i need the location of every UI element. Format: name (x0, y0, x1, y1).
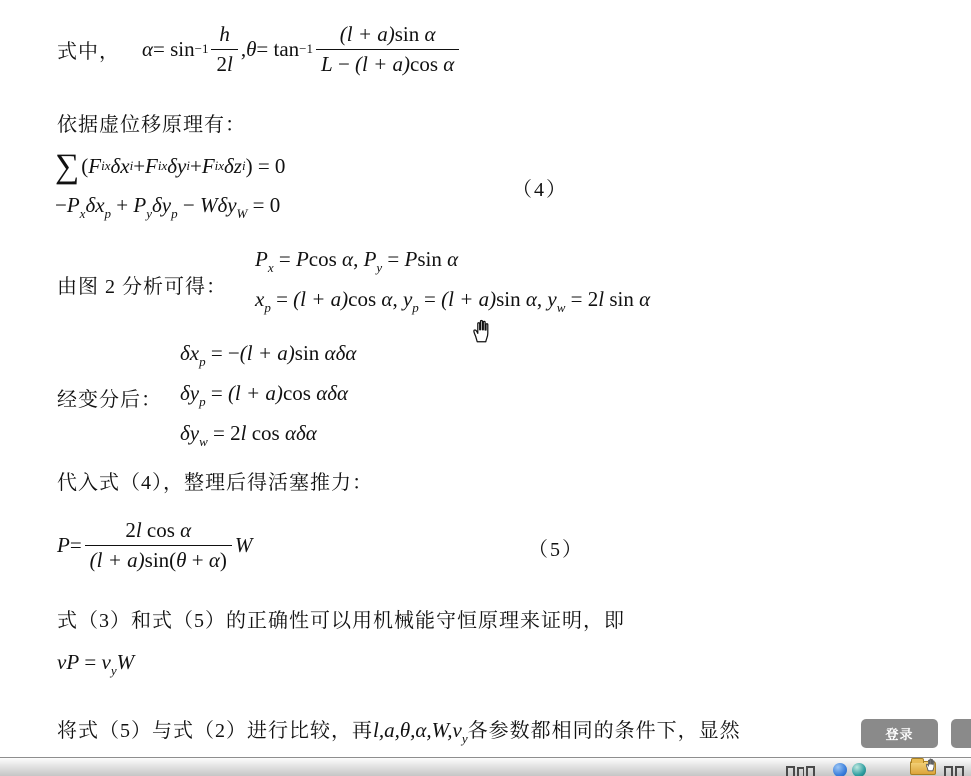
hand-glyph (923, 757, 938, 772)
math-var: W (235, 533, 253, 558)
paragraph-comparison: 将式（5）与式（2）进行比较，再l,a,θ,α,W,vy各参数都相同的条件下，显… (57, 714, 907, 747)
variation-eq-line-1: δxp = −(l + a)sin αδα (180, 341, 356, 370)
math-var: P (57, 533, 70, 558)
formula-definitions: 式中， α = sin−1 h 2l , θ = tan−1 (l + a)si… (57, 16, 462, 82)
fraction-numerator: 2l cos α (85, 518, 232, 546)
text-run: 将式（5）与式（2）进行比较，再 (57, 720, 373, 742)
login-button[interactable]: 登录 (861, 719, 938, 748)
fraction-numerator: (l + a)sin α (316, 22, 459, 50)
paragraph-energy-conservation: 式（3）和式（5）的正确性可以用机械能守恒原理来证明，即 (57, 604, 625, 633)
fraction: 2l cos α (l + a)sin(θ + α) (85, 518, 232, 573)
open-hand-cursor (468, 317, 495, 344)
taskbar (0, 757, 971, 776)
math-var: α (142, 37, 153, 62)
math-sup: −1 (299, 41, 313, 57)
equation-5: P = 2l cos α (l + a)sin(θ + α) W (57, 511, 252, 579)
equation-number-4: （4） (512, 173, 568, 202)
fraction-denominator: L − (l + a)cos α (316, 50, 459, 77)
inline-label: 式中， (57, 35, 120, 64)
math-op: = tan (256, 37, 299, 62)
variation-eq-line-2: δyp = (l + a)cos αδα (180, 381, 348, 410)
fraction-denominator: 2l (211, 50, 237, 77)
math-sup: −1 (195, 41, 209, 57)
paragraph-virtual-displacement: 依据虚位移原理有： (57, 108, 246, 137)
variation-eq-line-3: δyw = 2l cos αδα (180, 421, 317, 450)
math-var-list: l,a,θ,α,W,v (373, 718, 462, 742)
clipped-text-fragments (786, 764, 817, 776)
partial-button[interactable] (951, 719, 971, 748)
fraction-denominator: (l + a)sin(θ + α) (85, 546, 232, 573)
figure2-label: 由图 2 分析可得： (57, 270, 227, 299)
text-run: 各参数都相同的条件下，显然 (468, 720, 741, 742)
paragraph-substitute: 代入式（4），整理后得活塞推力： (57, 466, 373, 495)
login-button-label: 登录 (885, 724, 913, 743)
figure2-eq-line-1: Px = Pcos α, Py = Psin α (255, 247, 458, 276)
summation-symbol: ∑ (55, 150, 79, 184)
equation-4-line-2: −Pxδxp + Pyδyp − WδyW = 0 (55, 193, 280, 222)
folder-hand-icon[interactable] (910, 761, 936, 775)
fraction: (l + a)sin α L − (l + a)cos α (316, 22, 459, 77)
document-page: 式中， α = sin−1 h 2l , θ = tan−1 (l + a)si… (0, 0, 971, 776)
fraction-numerator: h (211, 22, 237, 50)
clipped-text-fragments (944, 764, 966, 776)
equation-number-5: （5） (528, 533, 584, 562)
math-op: = sin (153, 37, 195, 62)
figure2-eq-line-2: xp = (l + a)cos α, yp = (l + a)sin α, yw… (255, 287, 650, 316)
equation-4-line-1: ∑ (Fixδxi + Fixδyi + Fixδzi) = 0 (55, 146, 285, 186)
power-balance-equation: vP = vyW (57, 650, 134, 679)
world-globe-icon[interactable] (852, 763, 866, 776)
fraction: h 2l (211, 22, 237, 77)
variation-label: 经变分后： (57, 383, 162, 412)
math-var: θ (246, 37, 256, 62)
ie-globe-icon[interactable] (833, 763, 847, 776)
